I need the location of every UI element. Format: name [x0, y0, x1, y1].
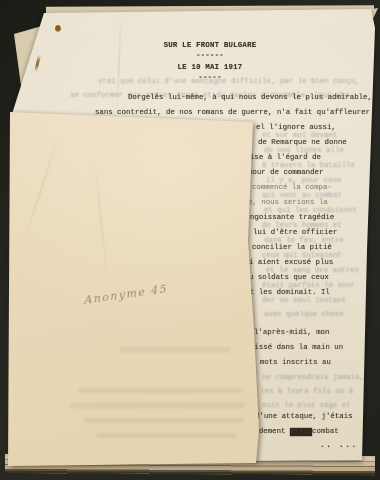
cover-sheet-shadow-wrap: Anonyme 45 — [0, 0, 380, 480]
pencil-annotation: Anonyme 45 — [84, 282, 168, 307]
show-through-smudge — [96, 433, 236, 438]
paper-crease — [22, 133, 61, 248]
show-through-smudge — [78, 388, 243, 393]
cover-sheet: Anonyme 45 — [0, 0, 380, 480]
show-through-smudge — [70, 403, 245, 408]
show-through-smudge — [84, 418, 244, 423]
show-through-smudge — [120, 347, 230, 352]
paper-crease — [93, 150, 110, 289]
scanned-document-photo: vrai que celui d'une montagne difficile,… — [0, 0, 380, 480]
